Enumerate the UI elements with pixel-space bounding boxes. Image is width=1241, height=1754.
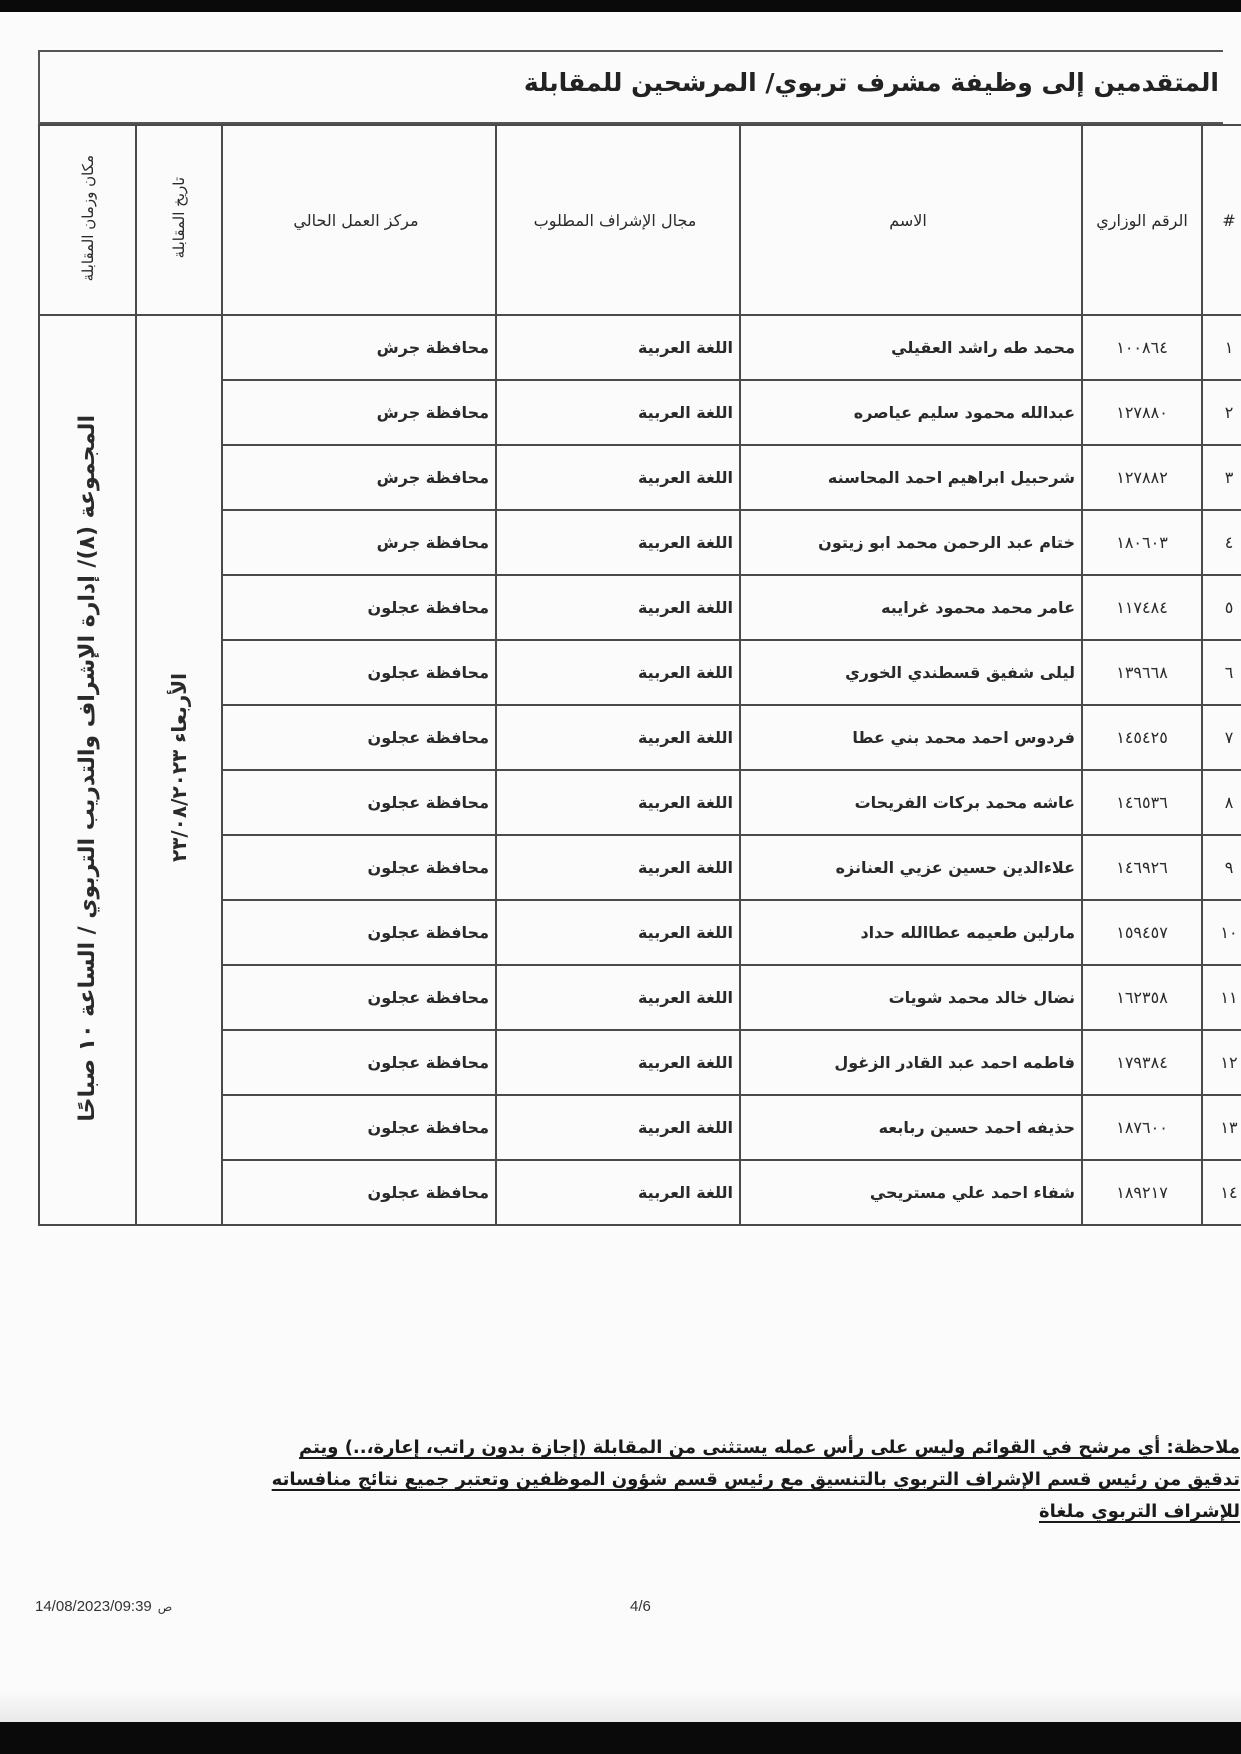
row-ministry-id: ١٣٩٦٦٨ — [1082, 640, 1202, 705]
row-ministry-id: ١٦٢٣٥٨ — [1082, 965, 1202, 1030]
col-header-ministry-id: الرقم الوزاري — [1082, 125, 1202, 315]
row-ministry-id: ١٤٥٤٢٥ — [1082, 705, 1202, 770]
row-number: ١١ — [1202, 965, 1241, 1030]
row-workplace: محافظة عجلون — [222, 835, 496, 900]
row-workplace: محافظة جرش — [222, 445, 496, 510]
venue-time-cell: المجموعة (٨)/ إدارة الإشراف والتدريب الت… — [39, 315, 136, 1225]
row-name: علاءالدين حسين عزيي العنانزه — [740, 835, 1082, 900]
col-header-venue-time: مكان وزمان المقابلة — [39, 125, 136, 315]
interview-date-cell: الأربعاء ٢٣/٠٨/٢٠٢٣ — [136, 315, 222, 1225]
row-ministry-id: ١٨٧٦٠٠ — [1082, 1095, 1202, 1160]
row-workplace: محافظة عجلون — [222, 575, 496, 640]
row-field: اللغة العربية — [496, 640, 740, 705]
row-ministry-id: ١٥٩٤٥٧ — [1082, 900, 1202, 965]
row-name: شرحبيل ابراهيم احمد المحاسنه — [740, 445, 1082, 510]
row-number: ٨ — [1202, 770, 1241, 835]
timestamp-ampm: ص — [158, 1600, 173, 1614]
row-workplace: محافظة عجلون — [222, 1160, 496, 1225]
interview-date-value: الأربعاء ٢٣/٠٨/٢٠٢٣ — [167, 673, 191, 862]
row-ministry-id: ١١٧٤٨٤ — [1082, 575, 1202, 640]
col-header-interview-date: تاريخ المقابلة — [136, 125, 222, 315]
candidates-sheet: المتقدمين إلى وظيفة مشرف تربوي/ المرشحين… — [38, 50, 1223, 1234]
row-name: شفاء احمد علي مستريحي — [740, 1160, 1082, 1225]
row-field: اللغة العربية — [496, 965, 740, 1030]
table-row: ١١٠٠٨٦٤محمد طه راشد العقيلياللغة العربية… — [39, 315, 1241, 380]
row-ministry-id: ١٧٩٣٨٤ — [1082, 1030, 1202, 1095]
row-workplace: محافظة عجلون — [222, 640, 496, 705]
row-number: ٣ — [1202, 445, 1241, 510]
row-field: اللغة العربية — [496, 770, 740, 835]
col-header-workplace: مركز العمل الحالي — [222, 125, 496, 315]
row-name: عامر محمد محمود غرايبه — [740, 575, 1082, 640]
row-field: اللغة العربية — [496, 510, 740, 575]
bottom-shadow — [0, 1690, 1241, 1722]
row-field: اللغة العربية — [496, 315, 740, 380]
row-field: اللغة العربية — [496, 705, 740, 770]
title-row: المتقدمين إلى وظيفة مشرف تربوي/ المرشحين… — [38, 50, 1223, 124]
row-ministry-id: ١٢٧٨٨٠ — [1082, 380, 1202, 445]
row-ministry-id: ١٨٠٦٠٣ — [1082, 510, 1202, 575]
col-header-name: الاسم — [740, 125, 1082, 315]
row-name: عبدالله محمود سليم عياصره — [740, 380, 1082, 445]
row-name: نضال خالد محمد شويات — [740, 965, 1082, 1030]
candidates-table: # الرقم الوزاري الاسم مجال الإشراف المطل… — [38, 124, 1241, 1226]
footnote-line-3: للإشراف التربوي ملغاة — [80, 1496, 1240, 1528]
row-number: ٥ — [1202, 575, 1241, 640]
row-name: محمد طه راشد العقيلي — [740, 315, 1082, 380]
row-workplace: محافظة عجلون — [222, 1030, 496, 1095]
row-field: اللغة العربية — [496, 1030, 740, 1095]
row-name: عاشه محمد بركات الفريحات — [740, 770, 1082, 835]
col-header-venue-time-label: مكان وزمان المقابلة — [79, 155, 97, 281]
row-field: اللغة العربية — [496, 1095, 740, 1160]
header-row: # الرقم الوزاري الاسم مجال الإشراف المطل… — [39, 125, 1241, 315]
row-name: مارلين طعيمه عطاالله حداد — [740, 900, 1082, 965]
col-header-field: مجال الإشراف المطلوب — [496, 125, 740, 315]
row-field: اللغة العربية — [496, 835, 740, 900]
row-name: ختام عبد الرحمن محمد ابو زيتون — [740, 510, 1082, 575]
footnote-line-1: ملاحظة: أي مرشح في القوائم وليس على رأس … — [80, 1432, 1240, 1464]
venue-time-value: المجموعة (٨)/ إدارة الإشراف والتدريب الت… — [75, 415, 100, 1122]
print-timestamp: 14/08/2023/09:39ص — [35, 1598, 172, 1615]
row-number: ١٤ — [1202, 1160, 1241, 1225]
row-number: ٩ — [1202, 835, 1241, 900]
col-header-interview-date-label: تاريخ المقابلة — [170, 177, 188, 258]
row-number: ١٣ — [1202, 1095, 1241, 1160]
row-ministry-id: ١٨٩٢١٧ — [1082, 1160, 1202, 1225]
row-number: ١٠ — [1202, 900, 1241, 965]
row-field: اللغة العربية — [496, 900, 740, 965]
footnote: ملاحظة: أي مرشح في القوائم وليس على رأس … — [80, 1432, 1240, 1528]
top-black-bar — [0, 0, 1241, 12]
row-number: ٤ — [1202, 510, 1241, 575]
page-title: المتقدمين إلى وظيفة مشرف تربوي/ المرشحين… — [524, 68, 1219, 97]
row-workplace: محافظة عجلون — [222, 705, 496, 770]
row-number: ١ — [1202, 315, 1241, 380]
row-workplace: محافظة عجلون — [222, 900, 496, 965]
bottom-black-bar — [0, 1722, 1241, 1754]
timestamp-value: 14/08/2023/09:39 — [35, 1598, 152, 1615]
row-number: ٧ — [1202, 705, 1241, 770]
row-workplace: محافظة جرش — [222, 315, 496, 380]
row-ministry-id: ١٤٦٩٢٦ — [1082, 835, 1202, 900]
row-number: ٦ — [1202, 640, 1241, 705]
row-field: اللغة العربية — [496, 380, 740, 445]
row-ministry-id: ١٤٦٥٣٦ — [1082, 770, 1202, 835]
row-workplace: محافظة عجلون — [222, 1095, 496, 1160]
row-name: فردوس احمد محمد بني عطا — [740, 705, 1082, 770]
row-name: حذيفه احمد حسين ربابعه — [740, 1095, 1082, 1160]
row-ministry-id: ١٠٠٨٦٤ — [1082, 315, 1202, 380]
row-name: ليلى شفيق قسطندي الخوري — [740, 640, 1082, 705]
col-header-num: # — [1202, 125, 1241, 315]
row-number: ١٢ — [1202, 1030, 1241, 1095]
row-workplace: محافظة جرش — [222, 510, 496, 575]
page-number: 4/6 — [630, 1598, 651, 1615]
row-workplace: محافظة عجلون — [222, 965, 496, 1030]
row-field: اللغة العربية — [496, 575, 740, 640]
row-field: اللغة العربية — [496, 445, 740, 510]
row-workplace: محافظة جرش — [222, 380, 496, 445]
row-number: ٢ — [1202, 380, 1241, 445]
row-name: فاطمه احمد عبد القادر الزغول — [740, 1030, 1082, 1095]
row-field: اللغة العربية — [496, 1160, 740, 1225]
row-workplace: محافظة عجلون — [222, 770, 496, 835]
row-ministry-id: ١٢٧٨٨٢ — [1082, 445, 1202, 510]
footnote-line-2: تدقيق من رئيس قسم الإشراف التربوي بالتنس… — [80, 1464, 1240, 1496]
